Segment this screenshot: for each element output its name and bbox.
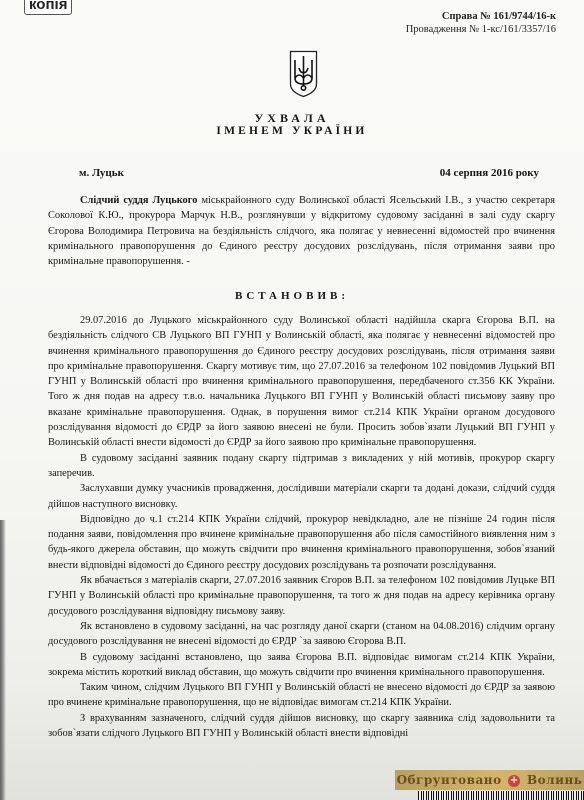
paragraph: Таким чином, слідчим Луцького ВП ГУНП у … (48, 680, 555, 711)
site-watermark: Обгрунтовано + Волинь (395, 770, 584, 790)
ukraine-trident-icon (289, 50, 318, 98)
copy-stamp: копія (24, 0, 72, 15)
case-number: Справа № 161/9744/16-к (406, 10, 556, 23)
paragraph: В судовому засіданні встановлено, що зая… (48, 650, 555, 681)
place-date-row: м. Луцьк 04 серпня 2016 року (79, 167, 539, 179)
section-heading: ВСТАНОВИВ: (0, 290, 584, 302)
paragraph: Як вбачається з матеріалів скарги, 27.07… (48, 573, 555, 619)
intro-paragraph: Слідчий суддя Луцького міськрайонного су… (48, 193, 555, 269)
page-edge-shadow (0, 520, 6, 800)
watermark-text-left: Обгрунтовано (397, 773, 502, 787)
barcode (418, 791, 584, 800)
intro-text: Слідчий суддя Луцького міськрайонного су… (48, 193, 555, 269)
swiss-cross-icon: + (508, 775, 520, 787)
proceeding-number: Провадження № 1-кс/161/3357/16 (406, 23, 556, 36)
watermark-text-right: Волинь (527, 773, 582, 787)
paragraph: Відповідно до ч.1 ст.214 КПК України слі… (48, 512, 555, 573)
document-subtitle: ІМЕНЕМ УКРАЇНИ (0, 125, 584, 137)
date: 04 серпня 2016 року (440, 167, 539, 179)
place: м. Луцьк (79, 167, 124, 179)
document-page: копія Справа № 161/9744/16-к Провадження… (0, 0, 584, 800)
paragraph: В судовому засіданні заявник подану скар… (48, 451, 555, 482)
paragraph: Як встановлено в судовому засіданні, на … (48, 619, 555, 650)
body-text: 29.07.2016 до Луцького міськрайонного су… (48, 313, 555, 741)
document-title: УХВАЛА (0, 111, 584, 126)
paragraph: 29.07.2016 до Луцького міськрайонного су… (48, 313, 555, 451)
paragraph: З врахуванням зазначеного, слідчий суддя… (48, 711, 555, 742)
paragraph: Заслухавши думку учасників провадження, … (48, 481, 555, 512)
case-numbers: Справа № 161/9744/16-к Провадження № 1-к… (406, 10, 556, 36)
